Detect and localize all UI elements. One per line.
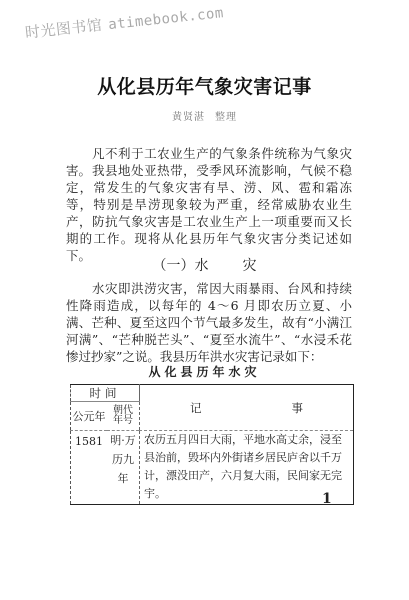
header-time: 时间 — [71, 385, 140, 402]
cell-dynasty-line1: 明·万 — [107, 431, 139, 450]
watermark-text: 时光图书馆 — [24, 16, 103, 42]
author-role: 整理 — [215, 112, 237, 123]
header-year: 公元年 — [71, 402, 108, 431]
flood-paragraph: 水灾即洪涝灾害，常因大雨暴雨、台风和持续性降雨造成，以每年的 4～6 月即农历立… — [66, 280, 352, 365]
section-title-part2: 灾 — [243, 258, 257, 274]
table-row: 1581 明·万 历九年 农历五月四日大雨，平地水高丈余，浸至县治前，毁坏内外街… — [71, 431, 354, 505]
table-title: 从化县历年水灾 — [0, 363, 409, 380]
watermark-url: atimebook.com — [107, 5, 224, 33]
page-number: 1 — [322, 491, 332, 507]
header-record: 记事 — [140, 385, 354, 431]
cell-dynasty: 明·万 历九年 — [107, 431, 140, 505]
header-record-part2: 事 — [292, 401, 304, 415]
document-title: 从化县历年气象灾害记事 — [0, 72, 409, 99]
header-dynasty: 朝代 年号 — [107, 402, 140, 431]
section-heading-flood: （一）水灾 — [0, 255, 409, 275]
flood-records-table: 时间 记事 公元年 朝代 年号 1581 明·万 历九年 农历五月四日大雨，平地… — [70, 384, 354, 505]
table-header-row-1: 时间 记事 — [71, 385, 354, 402]
section-title-part1: 水 — [195, 258, 209, 274]
header-record-part1: 记 — [190, 401, 202, 415]
intro-paragraph-2: 我县地处亚热带，受季风环流影响，气候不稳定，常发生的气象灾害有旱、涝、风、雹和霜… — [66, 162, 352, 264]
header-dynasty-line2: 年号 — [107, 416, 139, 426]
cell-dynasty-line2: 历九年 — [107, 450, 139, 488]
author-name: 黄贤湛 — [172, 112, 205, 123]
author-line: 黄贤湛整理 — [0, 108, 409, 123]
cell-year: 1581 — [71, 431, 108, 505]
section-number: （一） — [153, 258, 195, 274]
watermark: 时光图书馆atimebook.com — [24, 1, 225, 43]
